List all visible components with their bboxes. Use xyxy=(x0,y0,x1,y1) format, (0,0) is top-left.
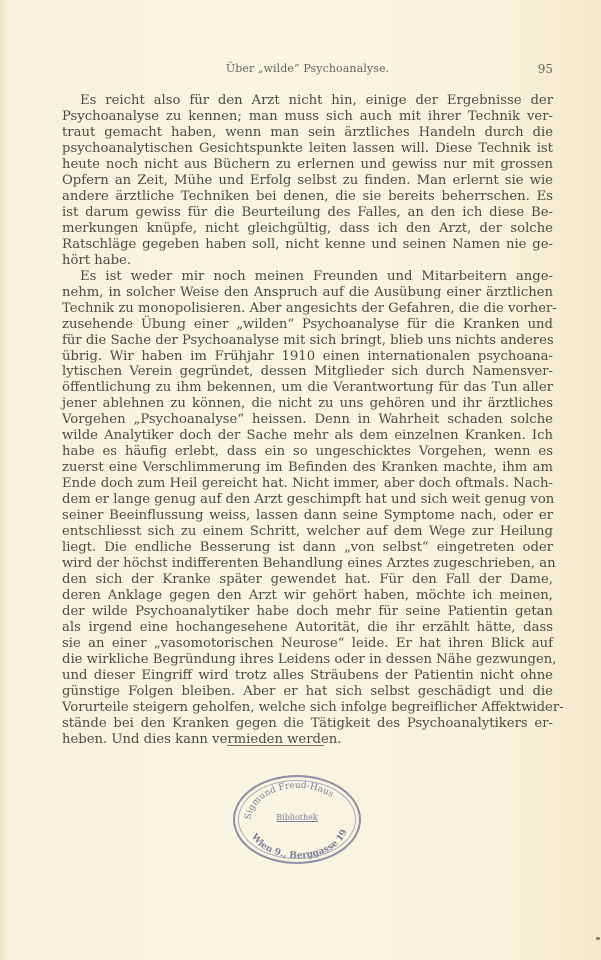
text-line: wilde Analytiker doch der Sache mehr als… xyxy=(62,428,553,444)
text-line: liegt. Die endliche Besserung ist dann „… xyxy=(62,540,553,556)
text-line: wird der höchst indifferenten Behandlung… xyxy=(62,556,553,572)
text-line: ist darum gewiss für die Beurteilung des… xyxy=(62,205,553,221)
page-number: 95 xyxy=(538,62,553,76)
running-title: Über „wilde“ Psychoanalyse. xyxy=(62,62,553,75)
text-line: übrig. Wir haben im Frühjahr 1910 einen … xyxy=(62,349,553,365)
text-line: öffentlichung zu ihm bekennen, um die Ve… xyxy=(62,380,553,396)
text-line: andere ärztliche Techniken bei denen, di… xyxy=(62,189,553,205)
text-line: Es reicht also für den Arzt nicht hin, e… xyxy=(62,93,553,109)
scan-speck xyxy=(596,937,600,940)
text-line: stände bei den Kranken gegen die Tätigke… xyxy=(62,716,553,732)
text-line: die wirkliche Begründung ihres Leidens o… xyxy=(62,652,553,668)
text-line: der wilde Psychoanalytiker habe doch meh… xyxy=(62,604,553,620)
section-end-rule xyxy=(227,745,324,746)
text-line: lytischen Verein gegründet, dessen Mitgl… xyxy=(62,364,553,380)
text-line: psychoanalytischen Gesichtspunkte leiten… xyxy=(62,141,553,157)
text-line: dem er lange genug auf den Arzt geschimp… xyxy=(62,492,553,508)
body-text: Es reicht also für den Arzt nicht hin, e… xyxy=(62,93,553,748)
text-line: für die Sache der Psychoanalyse mit sich… xyxy=(62,333,553,349)
text-line: Ratschläge gegeben haben soll, nicht ken… xyxy=(62,237,553,253)
text-line: Vorurteile steigern geholfen, welche sic… xyxy=(62,700,553,716)
text-line: habe es häufig erlebt, dass ein so unges… xyxy=(62,444,553,460)
stamp-center-text: Bibliothek xyxy=(235,813,359,822)
text-line: Ende doch zum Heil gereicht hat. Nicht i… xyxy=(62,476,553,492)
text-line: sie an einer „vasomotorischen Neurose“ l… xyxy=(62,636,553,652)
running-header: Über „wilde“ Psychoanalyse. 95 xyxy=(62,62,553,78)
text-line: Es ist weder mir noch meinen Freunden un… xyxy=(62,269,553,285)
svg-text:Wien 9., Berggasse 19: Wien 9., Berggasse 19 xyxy=(248,828,349,861)
text-line: zuerst eine Verschlimmerung im Befinden … xyxy=(62,460,553,476)
text-line: merkungen knüpfe, nicht gleichgültig, da… xyxy=(62,221,553,237)
text-line: seiner Beeinflussung weiss, lassen dann … xyxy=(62,508,553,524)
library-stamp: Sigmund Freud-Haus Wien 9., Berggasse 19… xyxy=(233,775,361,864)
text-line: hört habe. xyxy=(62,253,553,269)
text-line: entschliesst sich zu einem Schritt, welc… xyxy=(62,524,553,540)
text-line: den sich der Kranke später gewendet hat.… xyxy=(62,572,553,588)
text-line: heute noch nicht aus Büchern zu erlernen… xyxy=(62,157,553,173)
text-line: als irgend eine hochangesehene Autorität… xyxy=(62,620,553,636)
stamp-bottom-text: Wien 9., Berggasse 19 xyxy=(248,828,349,861)
text-line: Psychoanalyse zu kennen; man muss sich a… xyxy=(62,109,553,125)
text-line: jener ablehnen zu können, die nicht zu u… xyxy=(62,396,553,412)
text-line: zusehende Übung einer „wilden“ Psychoana… xyxy=(62,317,553,333)
text-line: traut gemacht haben, wenn man sein ärztl… xyxy=(62,125,553,141)
text-line: und dieser Eingriff wird trotz alles Str… xyxy=(62,668,553,684)
text-line: Technik zu monopolisieren. Aber angesich… xyxy=(62,301,553,317)
text-line: günstige Folgen bleiben. Aber er hat sic… xyxy=(62,684,553,700)
text-line: Vorgehen „Psychoanalyse“ heissen. Denn i… xyxy=(62,412,553,428)
text-line: deren Anklage gegen den Arzt wir gehört … xyxy=(62,588,553,604)
text-line: nehm, in solcher Weise den Anspruch auf … xyxy=(62,285,553,301)
text-line: Opfern an Zeit, Mühe und Erfolg selbst z… xyxy=(62,173,553,189)
